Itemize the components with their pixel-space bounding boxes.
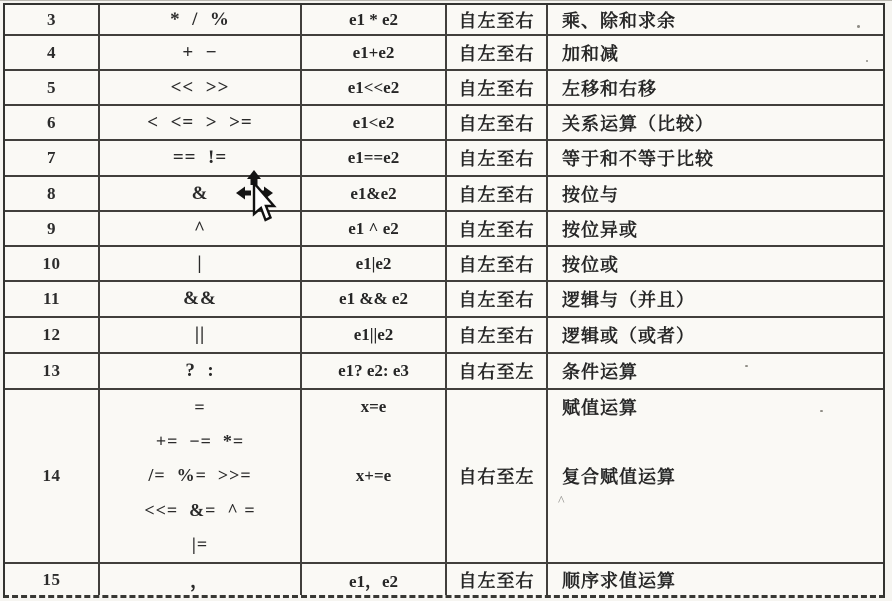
cell-associativity: 自左至右 [447,282,548,316]
operator-line: /= %= >>= [148,465,251,486]
scan-speck [866,60,868,62]
scan-speck [820,410,823,412]
cell-operators: && [100,282,302,316]
cell-example: e1==e2 [302,141,447,175]
cell-example: e1<<e2 [302,71,447,104]
pan-scroll-cursor-icon [227,167,283,227]
cell-associativity: 自左至右 [447,5,548,34]
cell-example: e1? e2: e3 [302,354,447,388]
cell-example: e1||e2 [302,318,447,352]
cell-operators: = += −= *= /= %= >>= <<= &= ^ = |= [100,390,302,562]
cell-operators: << >> [100,71,302,104]
description-line: 复合赋值运算 [562,463,676,489]
cell-description: 乘、除和求余 [548,5,883,34]
table-row: 4 + − e1+e2 自左至右 加和减 [5,36,883,71]
cell-priority: 10 [5,247,100,280]
cell-operators: ? : [100,354,302,388]
cell-description: 等于和不等于比较 [548,141,883,175]
cell-priority: 6 [5,106,100,139]
cell-example: e1|e2 [302,247,447,280]
operator-line: |= [192,534,208,555]
table-row: 10 | e1|e2 自左至右 按位或 [5,247,883,282]
cell-priority: 12 [5,318,100,352]
cell-description: 关系运算（比较） [548,106,883,139]
cell-priority: 5 [5,71,100,104]
scan-stray-mark: ^ [558,494,566,510]
table-row: 12 || e1||e2 自左至右 逻辑或（或者） [5,318,883,354]
cell-priority: 3 [5,5,100,34]
scan-speck [745,365,748,367]
cell-description: 按位与 [548,177,883,210]
cell-description: 逻辑或（或者） [548,318,883,352]
cell-operators: | [100,247,302,280]
table-row: 3 * / % e1 * e2 自左至右 乘、除和求余 [5,5,883,36]
cell-priority: 14 [5,390,100,562]
cell-description: 顺序求值运算 [548,564,883,595]
description-line: 赋值运算 [562,394,638,420]
operator-line: <<= &= ^ = [144,500,255,521]
cell-associativity: 自左至右 [447,177,548,210]
left-arrow-icon [236,187,251,200]
operator-precedence-table: 3 * / % e1 * e2 自左至右 乘、除和求余 4 + − e1+e2 … [3,3,885,598]
cell-priority: 15 [5,564,100,595]
cell-example: e1 && e2 [302,282,447,316]
table-row-assignment: 14 = += −= *= /= %= >>= <<= &= ^ = |= x=… [5,390,883,564]
cell-operators: ， [100,564,302,595]
example-line: x=e [361,397,387,417]
cell-priority: 7 [5,141,100,175]
table-row: 15 ， e1，e2 自左至右 顺序求值运算 [5,564,883,595]
table-row: 7 == != e1==e2 自左至右 等于和不等于比较 [5,141,883,177]
cell-description: 按位或 [548,247,883,280]
cell-description: 逻辑与（并且） [548,282,883,316]
cell-priority: 8 [5,177,100,210]
table-row: 11 && e1 && e2 自左至右 逻辑与（并且） [5,282,883,318]
cell-associativity: 自左至右 [447,36,548,69]
cell-priority: 4 [5,36,100,69]
cell-operators: < <= > >= [100,106,302,139]
cell-priority: 13 [5,354,100,388]
cell-associativity: 自右至左 [447,354,548,388]
cell-description: 赋值运算 复合赋值运算 ^ [548,390,883,562]
cell-description: 加和减 [548,36,883,69]
cell-description: 按位异或 [548,212,883,245]
cell-associativity: 自左至右 [447,106,548,139]
cell-associativity: 自左至右 [447,247,548,280]
cell-description: 左移和右移 [548,71,883,104]
table-row: 5 << >> e1<<e2 自左至右 左移和右移 [5,71,883,106]
cell-example: e1&e2 [302,177,447,210]
cell-priority: 11 [5,282,100,316]
scan-edge-line [0,0,892,1]
scan-speck [857,25,860,28]
table-row: 8 & e1&e2 自左至右 按位与 [5,177,883,212]
operator-line: += −= *= [156,431,244,452]
cell-example: e1+e2 [302,36,447,69]
cell-description: 条件运算 [548,354,883,388]
cell-operators: * / % [100,5,302,34]
scanned-textbook-page: 3 * / % e1 * e2 自左至右 乘、除和求余 4 + − e1+e2 … [0,0,892,601]
cell-operators: || [100,318,302,352]
cell-example: e1 * e2 [302,5,447,34]
cell-operators: + − [100,36,302,69]
cell-example: x=e x+=e [302,390,447,562]
cell-priority: 9 [5,212,100,245]
table-row: 9 ^ e1 ^ e2 自左至右 按位异或 [5,212,883,247]
table-row: 13 ? : e1? e2: e3 自右至左 条件运算 [5,354,883,390]
example-line: x+=e [356,466,391,486]
cell-associativity: 自左至右 [447,71,548,104]
cell-example: e1 ^ e2 [302,212,447,245]
cell-associativity: 自右至左 [447,390,548,562]
table-row: 6 < <= > >= e1<e2 自左至右 关系运算（比较） [5,106,883,141]
cell-associativity: 自左至右 [447,212,548,245]
cell-example: e1<e2 [302,106,447,139]
cell-associativity: 自左至右 [447,564,548,595]
cell-associativity: 自左至右 [447,318,548,352]
operator-line: = [194,397,205,418]
cell-associativity: 自左至右 [447,141,548,175]
cell-example: e1，e2 [302,564,447,595]
